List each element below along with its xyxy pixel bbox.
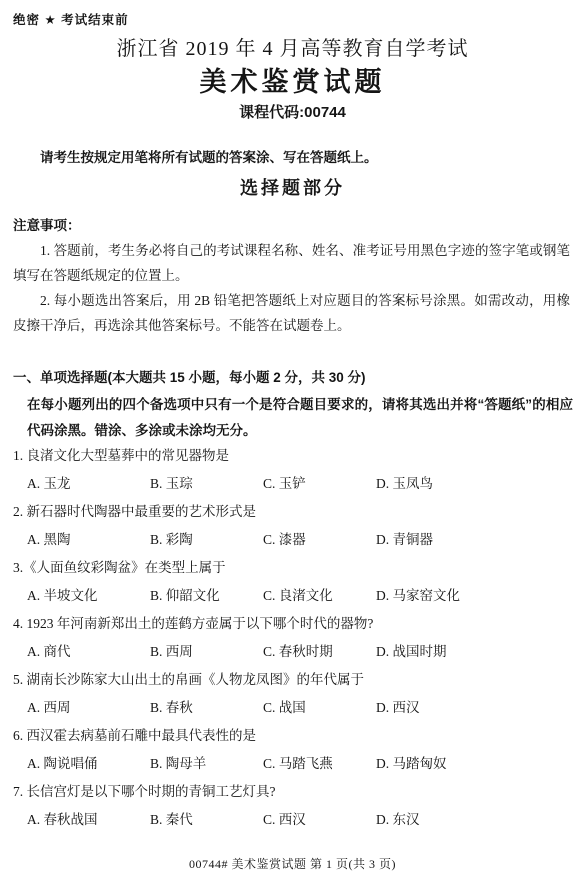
- section-part-title: 选择题部分: [0, 174, 585, 200]
- option-d: D. 玉凤鸟: [376, 470, 577, 498]
- option-b: B. 仰韶文化: [150, 582, 263, 610]
- option-d: D. 东汉: [376, 806, 577, 834]
- question-options: A. 商代 B. 西周 C. 春秋时期 D. 战国时期: [13, 638, 577, 666]
- exam-session-title: 浙江省 2019 年 4 月高等教育自学考试: [0, 32, 585, 61]
- exam-paper-page: 绝密 ★ 考试结束前 浙江省 2019 年 4 月高等教育自学考试 美术鉴赏试题…: [0, 0, 585, 885]
- option-c: C. 玉铲: [263, 470, 376, 498]
- question-prompt: 1. 良渚文化大型墓葬中的常见器物是: [13, 442, 577, 470]
- option-c: C. 良渚文化: [263, 582, 376, 610]
- notes-block: 1. 答题前，考生务必将自己的考试课程名称、姓名、准考证号用黑色字迹的签字笔或钢…: [13, 238, 570, 338]
- option-d: D. 青铜器: [376, 526, 577, 554]
- option-d: D. 马家窑文化: [376, 582, 577, 610]
- option-a: A. 半坡文化: [27, 582, 150, 610]
- option-d: D. 西汉: [376, 694, 577, 722]
- question-5: 5. 湖南长沙陈家大山出土的帛画《人物龙凤图》的年代属于 A. 西周 B. 春秋…: [13, 666, 577, 722]
- question-2: 2. 新石器时代陶器中最重要的艺术形式是 A. 黑陶 B. 彩陶 C. 漆器 D…: [13, 498, 577, 554]
- course-code: 课程代码:00744: [0, 101, 585, 122]
- question-list: 1. 良渚文化大型墓葬中的常见器物是 A. 玉龙 B. 玉琮 C. 玉铲 D. …: [13, 442, 577, 834]
- question-prompt: 3.《人面鱼纹彩陶盆》在类型上属于: [13, 554, 577, 582]
- question-prompt: 2. 新石器时代陶器中最重要的艺术形式是: [13, 498, 577, 526]
- option-c: C. 春秋时期: [263, 638, 376, 666]
- question-3: 3.《人面鱼纹彩陶盆》在类型上属于 A. 半坡文化 B. 仰韶文化 C. 良渚文…: [13, 554, 577, 610]
- option-c: C. 战国: [263, 694, 376, 722]
- general-instruction: 请考生按规定用笔将所有试题的答案涂、写在答题纸上。: [13, 146, 570, 166]
- option-b: B. 陶母羊: [150, 750, 263, 778]
- question-1: 1. 良渚文化大型墓葬中的常见器物是 A. 玉龙 B. 玉琮 C. 玉铲 D. …: [13, 442, 577, 498]
- option-b: B. 彩陶: [150, 526, 263, 554]
- option-c: C. 西汉: [263, 806, 376, 834]
- question-options: A. 西周 B. 春秋 C. 战国 D. 西汉: [13, 694, 577, 722]
- option-d: D. 战国时期: [376, 638, 577, 666]
- option-a: A. 春秋战国: [27, 806, 150, 834]
- section-one-heading: 一、单项选择题(本大题共 15 小题，每小题 2 分，共 30 分): [13, 366, 575, 386]
- note-item-1: 1. 答题前，考生务必将自己的考试课程名称、姓名、准考证号用黑色字迹的签字笔或钢…: [13, 238, 570, 288]
- option-d: D. 马踏匈奴: [376, 750, 577, 778]
- question-4: 4. 1923 年河南新郑出土的莲鹤方壶属于以下哪个时代的器物? A. 商代 B…: [13, 610, 577, 666]
- question-options: A. 春秋战国 B. 秦代 C. 西汉 D. 东汉: [13, 806, 577, 834]
- question-7: 7. 长信宫灯是以下哪个时期的青铜工艺灯具? A. 春秋战国 B. 秦代 C. …: [13, 778, 577, 834]
- option-c: C. 漆器: [263, 526, 376, 554]
- option-a: A. 西周: [27, 694, 150, 722]
- question-prompt: 6. 西汉霍去病墓前石雕中最具代表性的是: [13, 722, 577, 750]
- question-options: A. 玉龙 B. 玉琮 C. 玉铲 D. 玉凤鸟: [13, 470, 577, 498]
- note-item-2: 2. 每小题选出答案后，用 2B 铅笔把答题纸上对应题目的答案标号涂黑。如需改动…: [13, 288, 570, 338]
- question-options: A. 陶说唱俑 B. 陶母羊 C. 马踏飞燕 D. 马踏匈奴: [13, 750, 577, 778]
- option-a: A. 陶说唱俑: [27, 750, 150, 778]
- notes-title: 注意事项：: [13, 214, 81, 234]
- option-b: B. 春秋: [150, 694, 263, 722]
- classification-banner: 绝密 ★ 考试结束前: [13, 10, 129, 28]
- page-footer: 00744# 美术鉴赏试题 第 1 页(共 3 页): [0, 855, 585, 872]
- question-options: A. 黑陶 B. 彩陶 C. 漆器 D. 青铜器: [13, 526, 577, 554]
- paper-title: 美术鉴赏试题: [0, 60, 585, 99]
- question-prompt: 7. 长信宫灯是以下哪个时期的青铜工艺灯具?: [13, 778, 577, 806]
- option-a: A. 黑陶: [27, 526, 150, 554]
- section-one-instruction: 在每小题列出的四个备选项中只有一个是符合题目要求的，请将其选出并将“答题纸”的相…: [27, 392, 573, 444]
- option-b: B. 西周: [150, 638, 263, 666]
- question-prompt: 4. 1923 年河南新郑出土的莲鹤方壶属于以下哪个时代的器物?: [13, 610, 577, 638]
- option-a: A. 商代: [27, 638, 150, 666]
- option-b: B. 玉琮: [150, 470, 263, 498]
- question-6: 6. 西汉霍去病墓前石雕中最具代表性的是 A. 陶说唱俑 B. 陶母羊 C. 马…: [13, 722, 577, 778]
- question-options: A. 半坡文化 B. 仰韶文化 C. 良渚文化 D. 马家窑文化: [13, 582, 577, 610]
- question-prompt: 5. 湖南长沙陈家大山出土的帛画《人物龙凤图》的年代属于: [13, 666, 577, 694]
- option-c: C. 马踏飞燕: [263, 750, 376, 778]
- option-a: A. 玉龙: [27, 470, 150, 498]
- option-b: B. 秦代: [150, 806, 263, 834]
